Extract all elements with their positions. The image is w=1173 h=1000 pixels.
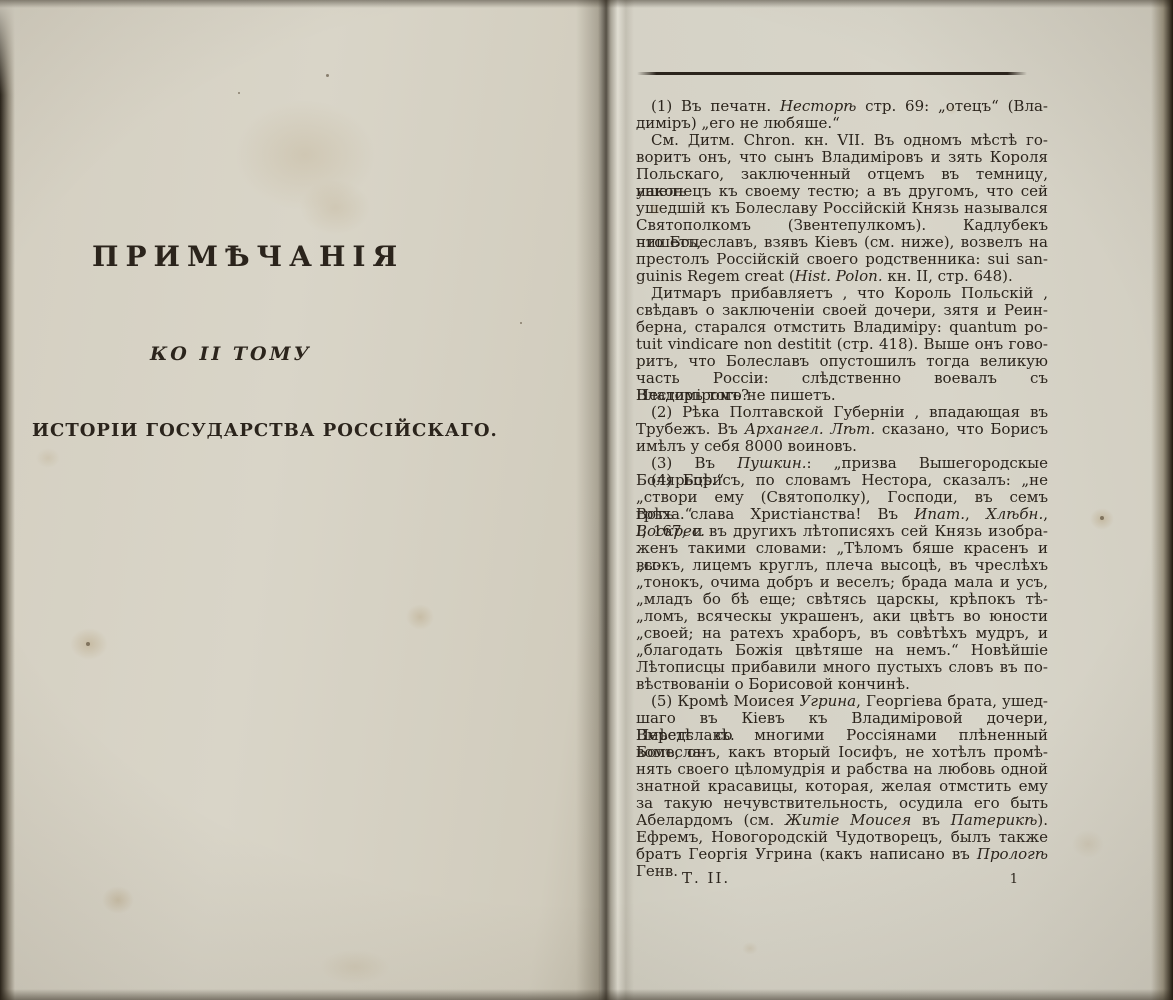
text-line: диміръ) „его не любяше.“ [636, 115, 1048, 132]
top-edge-shadow [0, 0, 1173, 8]
text-line: ушедшій къ Болеславу Россійскій Князь на… [636, 200, 1048, 217]
text-line: Ефремъ, Новогородскій Чудотворецъ, былъ … [636, 829, 1048, 846]
text-line: (5) Кромѣ Моисея Угрина, Георгіева брата… [636, 693, 1048, 710]
text-line: братъ Георгія Угрина (какъ написано въ П… [636, 846, 1048, 863]
text-line: женъ такими словами: „Тѣломъ бяше красен… [636, 540, 1048, 557]
text-line: „тонокъ, очима добръ и веселъ; брада мал… [636, 574, 1048, 591]
text-line: „младъ бо бѣ еще; свѣтясь царскы, крѣпок… [636, 591, 1048, 608]
text-line: воритъ онъ, что сынъ Владиміровъ и зять … [636, 149, 1048, 166]
text-line: Святополкомъ (Звентепулкомъ). Кадлубекъ … [636, 217, 1048, 234]
text-line: Дитмаръ прибавляетъ , что Король Польскі… [636, 285, 1048, 302]
text-line: нять своего цѣломудрія и рабства на любо… [636, 761, 1048, 778]
text-line: (4) Борисъ, по словамъ Нестора, сказалъ:… [636, 472, 1048, 489]
left-edge-fade [0, 0, 20, 95]
text-line: престолъ Россійскій своего родственника:… [636, 251, 1048, 268]
text-line: берна, старался отмстить Владиміру: quan… [636, 319, 1048, 336]
note-paragraph: (3) Въ Пушкин.: „призва Вышегородскые Бо… [636, 455, 1048, 472]
page-footer: Т. II. 1 [636, 869, 1048, 887]
text-line: ритъ, что Болеславъ опустошилъ тогда вел… [636, 353, 1048, 370]
volume-subtitle: КО II ТОМУ [150, 343, 312, 365]
bottom-edge-shadow [0, 989, 1173, 1000]
text-line: Трубежъ. Въ Архангел. Лѣт. сказано, что … [636, 421, 1048, 438]
text-line: (1) Въ печатн. Несторѣ стр. 69: „отецъ“ … [636, 98, 1048, 115]
note-paragraph: Дитмаръ прибавляетъ , что Король Польскі… [636, 285, 1048, 404]
note-paragraph: (4) Борисъ, по словамъ Нестора, сказалъ:… [636, 472, 1048, 693]
right-page: (1) Въ печатн. Несторѣ стр. 69: „отецъ“ … [600, 0, 1173, 1000]
text-line: Польскаго, заключенный отцемъ въ темницу… [636, 166, 1048, 183]
text-line: tuit vindicare non destitit (стр. 418). … [636, 336, 1048, 353]
text-line: Вотъ слава Христіанства! Въ Ипат., Хлѣбн… [636, 506, 1048, 523]
text-line: Абелардомъ (см. Житіе Моисея въ Патерикѣ… [636, 812, 1048, 829]
text-line: (2) Рѣка Полтавской Губерніи , впадающая… [636, 404, 1048, 421]
text-line: что Болеславъ, взявъ Кіевъ (см. ниже), в… [636, 234, 1048, 251]
text-line: (3) Въ Пушкин.: „призва Вышегородскые Бо… [636, 455, 1048, 472]
text-line: шаго въ Кіевъ къ Владиміровой дочери, Пе… [636, 710, 1048, 727]
note-paragraph: (2) Рѣка Полтавской Губерніи , впадающая… [636, 404, 1048, 455]
text-line: имѣлъ у себя 8000 воиновъ. [636, 438, 1048, 455]
text-line: См. Дитм. Chron. кн. VII. Въ одномъ мѣст… [636, 132, 1048, 149]
page-number: 1 [1010, 872, 1018, 887]
notes-title: ПРИМѢЧАНІЯ [92, 240, 404, 273]
text-line: „створи ему (Святополку), Господи, въ се… [636, 489, 1048, 506]
text-line: свѣдавъ о заключеніи своей дочери, зятя … [636, 302, 1048, 319]
book-scan: ПРИМѢЧАНІЯ КО II ТОМУ ИСТОРІИ ГОСУДАРСТВ… [0, 0, 1173, 1000]
text-line: „сокъ, лицемъ круглъ, плеча высоцѣ, въ ч… [636, 557, 1048, 574]
text-line: guinis Regem creat (Hist. Polon. кн. II,… [636, 268, 1048, 285]
note-paragraph: (1) Въ печатн. Несторѣ стр. 69: „отецъ“ … [636, 98, 1048, 132]
volume-signature: Т. II. [682, 869, 730, 887]
text-line: I, 167, и въ другихъ лѣтописяхъ сей Княз… [636, 523, 1048, 540]
text-line: Вмѣстѣ со многими Россіянами плѣненный Б… [636, 727, 1048, 744]
text-line: „своей; на ратехъ храборъ, въ совѣтѣхъ м… [636, 625, 1048, 642]
left-page: ПРИМѢЧАНІЯ КО II ТОМУ ИСТОРІИ ГОСУДАРСТВ… [0, 0, 600, 1000]
note-paragraph: См. Дитм. Chron. кн. VII. Въ одномъ мѣст… [636, 132, 1048, 285]
text-line: знатной красавицы, которая, желая отмсти… [636, 778, 1048, 795]
text-line: наконецъ къ своему тестю; а въ другомъ, … [636, 183, 1048, 200]
text-line: вомъ, онъ, какъ вторый Іосифъ, не хотѣлъ… [636, 744, 1048, 761]
text-line: „ломъ, всяческы украшенъ, аки цвѣтъ во ю… [636, 608, 1048, 625]
gutter-shadow [576, 0, 634, 1000]
notes-text-block: (1) Въ печатн. Несторѣ стр. 69: „отецъ“ … [636, 98, 1048, 863]
text-line: вѣствованіи о Борисовой кончинѣ. [636, 676, 1048, 693]
note-paragraph: (5) Кромѣ Моисея Угрина, Георгіева брата… [636, 693, 1048, 863]
header-rule [637, 72, 1027, 75]
text-line: Лѣтописцы прибавили много пустыхъ словъ … [636, 659, 1048, 676]
text-line: часть Россіи: слѣдственно воевалъ съ Вла… [636, 370, 1048, 387]
text-line: за такую нечувствительность, осудила его… [636, 795, 1048, 812]
series-title: ИСТОРІИ ГОСУДАРСТВА РОССІЙСКАГО. [32, 420, 498, 441]
text-line: „благодать Божія цвѣтяше на немъ.“ Новѣй… [636, 642, 1048, 659]
text-line: Несторъ того не пишетъ. [636, 387, 1048, 404]
